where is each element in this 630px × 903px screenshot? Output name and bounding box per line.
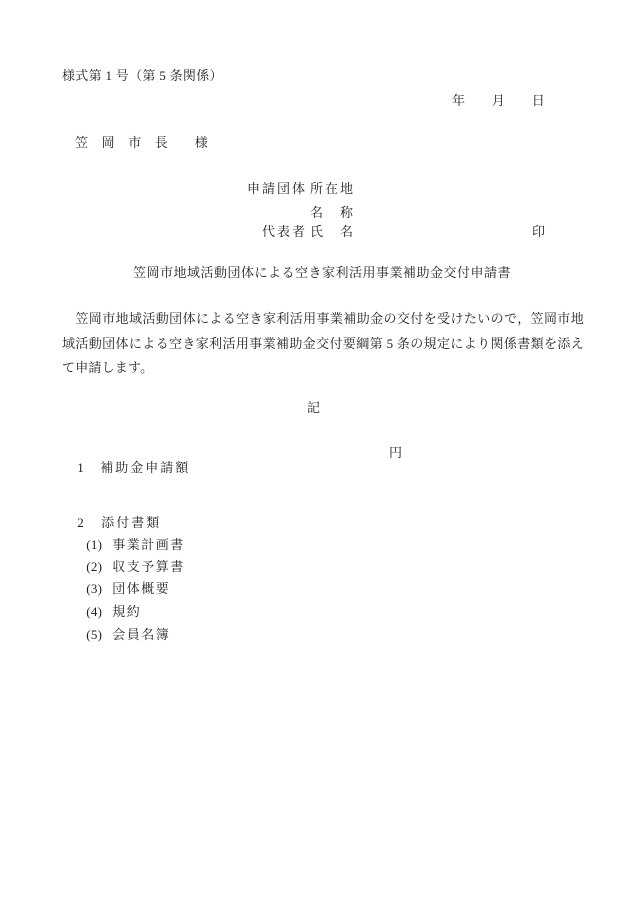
attachment-row: (5)会員名簿: [72, 612, 170, 657]
record-marker: 記: [307, 400, 320, 415]
applicant-address-label: 所在地: [310, 181, 355, 196]
body-paragraph: 笠岡市地域活動団体による空き家利活用事業補助金の交付を受けたいので，笠岡市地域活…: [62, 307, 584, 381]
form-number: 様式第 1 号（第 5 条関係）: [62, 68, 223, 83]
attachment-label: 会員名簿: [112, 627, 170, 642]
attachment-number: (5): [86, 627, 112, 642]
application-form-page: 様式第 1 号（第 5 条関係） 年 月 日 笠 岡 市 長 様 申請団体 所在…: [0, 0, 630, 903]
amount-item-row: 1補助金申請額: [63, 445, 190, 490]
document-title: 笠岡市地域活動団体による空き家利活用事業補助金交付申請書: [133, 265, 511, 280]
representative-label: 代表者: [262, 224, 307, 239]
amount-item-label: 補助金申請額: [100, 460, 190, 475]
date-line: 年 月 日: [452, 93, 545, 108]
applicant-group-label: 申請団体: [247, 181, 307, 196]
applicant-name-label: 名 称: [310, 205, 355, 220]
seal-mark: 印: [532, 224, 545, 239]
addressee-line: 笠 岡 市 長 様: [75, 135, 208, 150]
amount-unit: 円: [389, 445, 402, 460]
amount-item-number: 1: [77, 460, 100, 475]
representative-name-label: 氏 名: [310, 224, 355, 239]
